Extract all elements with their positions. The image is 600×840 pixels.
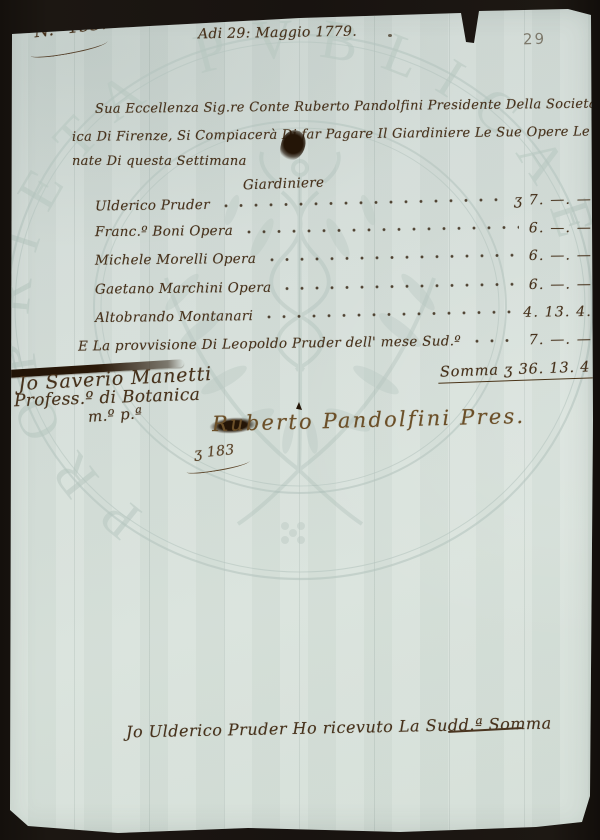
list-heading: Giardiniere bbox=[243, 175, 325, 194]
worker-name: Michele Morelli Opera bbox=[95, 251, 256, 269]
worker-name: Ulderico Pruder bbox=[95, 197, 210, 215]
page-number-pencil: 29 bbox=[523, 30, 547, 49]
dotted-leader bbox=[267, 307, 513, 321]
date-line: Adi 29: Maggio 1779. bbox=[198, 24, 357, 43]
dotted-leader bbox=[224, 195, 504, 210]
dotted-leader bbox=[285, 280, 519, 293]
signature-manetti-note: m.º p.ª bbox=[87, 404, 143, 426]
ink-speck bbox=[388, 34, 392, 37]
worker-name: Altobrando Montanari bbox=[95, 308, 253, 326]
total-label: Somma ʒ bbox=[440, 362, 514, 381]
amount-value: 7. —. — bbox=[529, 331, 592, 348]
dotted-leader bbox=[270, 251, 519, 265]
dotted-leader bbox=[475, 336, 519, 346]
photograph-background: PROPRIETA PVBLICAE bbox=[0, 0, 600, 840]
total-value: 36. 13. 4 bbox=[518, 359, 590, 377]
amount-value: 6. —. — bbox=[529, 247, 592, 264]
worker-name: Gaetano Marchini Opera bbox=[95, 280, 272, 298]
amount-value: ʒ 7. —. — bbox=[514, 192, 592, 209]
body-line-3: nate Di questa Settimana bbox=[72, 154, 247, 169]
worker-name: Franc.º Boni Opera bbox=[95, 223, 233, 240]
dotted-leader bbox=[247, 223, 519, 237]
amount-value: 4. 13. 4. bbox=[523, 304, 592, 321]
amount-value: 6. —. — bbox=[529, 276, 592, 293]
document-paper: PROPRIETA PVBLICAE bbox=[0, 0, 600, 840]
amount-value: 6. —. — bbox=[529, 220, 592, 237]
